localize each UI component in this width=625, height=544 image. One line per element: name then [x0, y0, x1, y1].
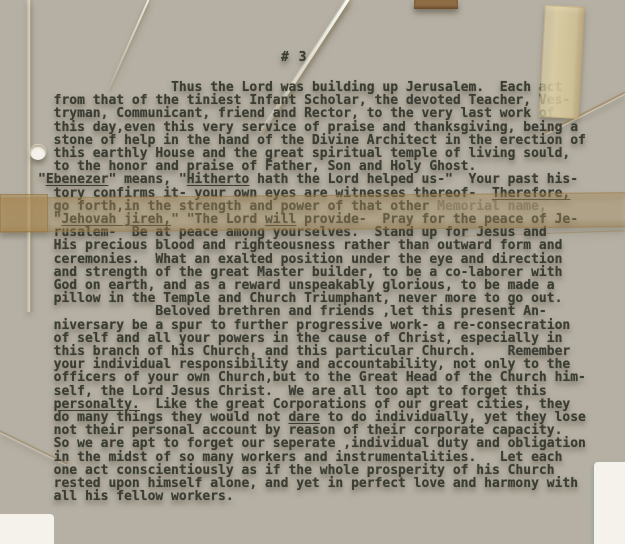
tape-strip-left-end	[0, 194, 48, 232]
punch-hole	[30, 145, 46, 160]
scanned-document: # 3 Thus the Lord was building up Jerusa…	[0, 0, 625, 544]
paper: # 3 Thus the Lord was building up Jerusa…	[0, 0, 625, 544]
tape-strip-vertical	[539, 5, 585, 119]
crease-line-top-left	[107, 0, 152, 92]
tape-fragment-brown	[414, 0, 458, 9]
text-line: all his fellow workers.	[38, 490, 586, 503]
page-number: # 3	[281, 50, 307, 65]
paper-shadow: # 3 Thus the Lord was building up Jerusa…	[0, 0, 625, 544]
tape-strip-horizontal	[0, 192, 625, 233]
document-lines: Thus the Lord was building up Jerusalem.…	[38, 81, 586, 504]
